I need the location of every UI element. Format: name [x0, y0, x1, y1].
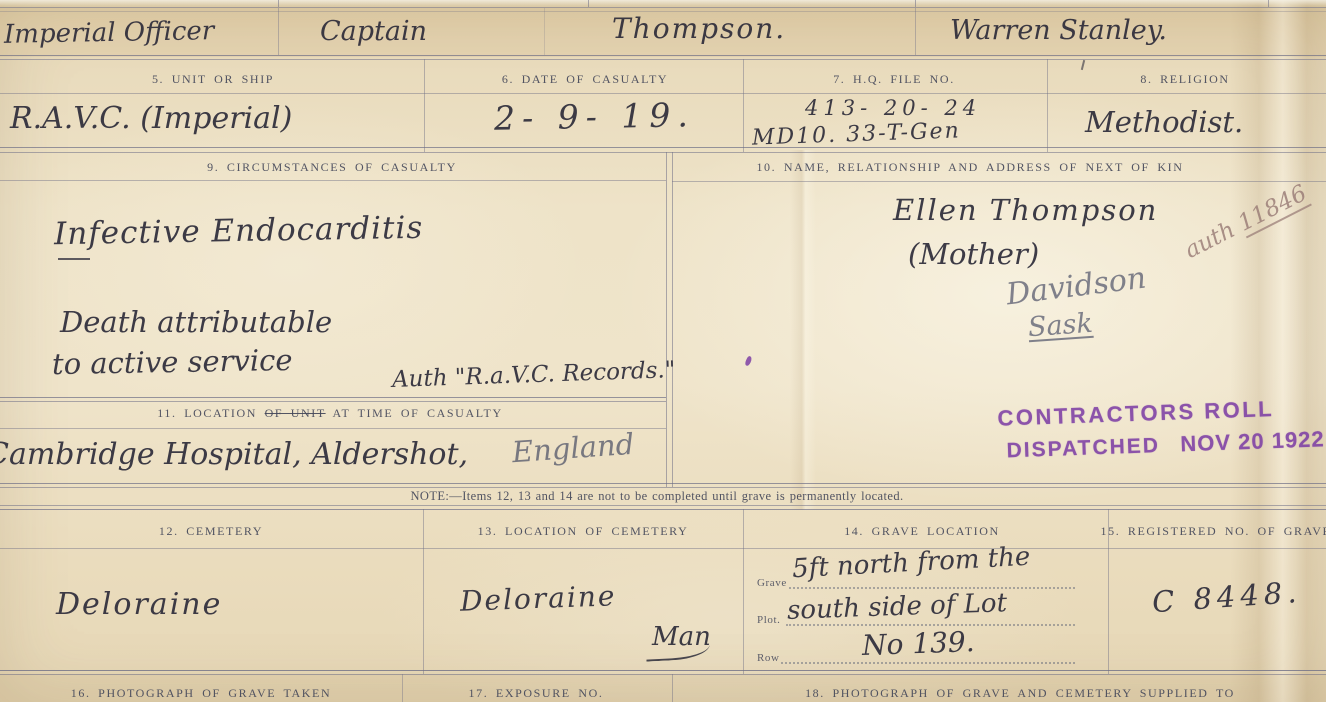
entry-grave-location-line3: No 139.: [862, 628, 976, 660]
ink-flourish: [646, 644, 711, 661]
entry-christian-names: Warren Stanley.: [950, 17, 1167, 44]
divider-h: [0, 152, 1326, 153]
divider-h: [0, 548, 1326, 549]
stamp-date: NOV 20 1922: [1180, 426, 1325, 456]
entry-circumstances-line2: Death attributable: [60, 308, 332, 337]
pencil-note-number: 11846: [1234, 180, 1312, 238]
sublabel-grave: Grave: [757, 577, 787, 589]
note-items-12-13-14: NOTE:—Items 12, 13 and 14 are not to be …: [410, 489, 903, 504]
divider-v: [1268, 0, 1269, 7]
divider-v: [588, 0, 589, 7]
entry-kin-address-line2: Sask: [1027, 310, 1094, 341]
field-label-circumstances: 9. CIRCUMSTANCES OF CASUALTY: [207, 160, 457, 175]
entry-pencil-auth-note: auth 11846: [1182, 182, 1311, 263]
divider-h: [0, 59, 1326, 60]
field-label-photo-supplied: 18. PHOTOGRAPH OF GRAVE AND CEMETERY SUP…: [805, 686, 1235, 701]
stamp-line2: DISPATCHED: [1006, 434, 1160, 462]
entry-hq-file-line2: MD10. 33-T-Gen: [752, 120, 961, 149]
divider-h: [0, 147, 1326, 148]
entry-kin-relationship: (Mother): [908, 240, 1039, 269]
divider-h: [0, 487, 1326, 488]
divider-v: [423, 509, 424, 674]
divider-h: [0, 483, 1326, 484]
entry-kin-name: Ellen Thompson: [893, 196, 1158, 225]
divider-h: [0, 180, 666, 181]
entry-status: Imperial Officer: [4, 18, 215, 48]
divider-v: [424, 59, 425, 152]
divider-v: [915, 0, 916, 7]
entry-date-of-casualty: 2- 9- 19.: [494, 98, 695, 134]
field-label-registered-no: 15. REGISTERED NO. OF GRAVE: [1101, 524, 1326, 539]
field-label-hq-file-no: 7. H.Q. FILE NO.: [833, 72, 955, 87]
entry-hq-file-line1: 413- 20- 24: [805, 98, 981, 119]
divider-h: [0, 428, 666, 429]
label-prefix: 11. LOCATION: [157, 406, 264, 420]
entry-circumstances-line3: to active service: [52, 346, 293, 379]
sublabel-row: Row: [757, 652, 780, 664]
divider-v: [743, 509, 744, 674]
divider-h: [0, 93, 1326, 94]
sublabel-plot: Plot.: [757, 614, 780, 626]
dotted-rule-row: [781, 661, 1075, 664]
divider-v: [672, 674, 673, 702]
divider-v: [1047, 59, 1048, 152]
pen-tick: [1081, 60, 1085, 70]
ink-underline: [58, 258, 90, 260]
label-struck-of-unit: OF UNIT: [265, 406, 326, 420]
entry-location-of-unit-country: England: [511, 430, 635, 467]
entry-grave-location-line1: 5ft north from the: [791, 544, 1030, 582]
divider-v: [544, 8, 545, 55]
divider-v: [278, 8, 279, 55]
field-label-religion: 8. RELIGION: [1140, 72, 1229, 87]
field-label-location-of-cemetery: 13. LOCATION OF CEMETERY: [478, 524, 689, 539]
divider-v: [278, 0, 279, 7]
entry-rank: Captain: [320, 18, 427, 45]
divider-h: [0, 674, 1326, 675]
casualty-record-card: 5. UNIT OR SHIP 6. DATE OF CASUALTY 7. H…: [0, 0, 1326, 702]
top-edge: [0, 0, 1326, 6]
field-label-location-of-unit: 11. LOCATION OF UNIT AT TIME OF CASUALTY: [157, 406, 502, 421]
entry-unit-or-ship: R.A.V.C. (Imperial): [10, 104, 292, 134]
divider-v: [666, 152, 667, 487]
field-label-date-of-casualty: 6. DATE OF CASUALTY: [502, 72, 668, 87]
divider-h: [0, 401, 666, 402]
field-label-next-of-kin: 10. NAME, RELATIONSHIP AND ADDRESS OF NE…: [756, 160, 1183, 175]
divider-h: [0, 55, 1326, 56]
divider-h: [0, 509, 1326, 510]
entry-circumstances-auth: Auth "R.a.V.C. Records.": [392, 359, 676, 392]
label-suffix: AT TIME OF CASUALTY: [326, 406, 503, 420]
pencil-note-word: auth: [1181, 217, 1240, 264]
contractors-roll-stamp: CONTRACTORS ROLL DISPATCHED NOV 20 1922: [997, 394, 1325, 463]
entry-surname: Thompson.: [612, 15, 786, 43]
field-label-cemetery: 12. CEMETERY: [159, 524, 263, 539]
field-label-grave-location: 14. GRAVE LOCATION: [844, 524, 1000, 539]
divider-v: [743, 59, 744, 152]
divider-v: [915, 8, 916, 55]
divider-h: [0, 7, 1326, 8]
divider-h: [0, 670, 1326, 671]
entry-location-of-unit: Cambridge Hospital, Aldershot,: [0, 440, 468, 470]
entry-cemetery: Deloraine: [56, 590, 222, 620]
entry-circumstances-line1: Infective Endocarditis: [54, 213, 424, 250]
divider-h: [0, 397, 666, 398]
entry-grave-location-line2: south side of Lot: [787, 590, 1008, 624]
divider-v: [672, 152, 673, 487]
divider-h: [672, 181, 1326, 182]
entry-location-of-cemetery: Deloraine: [460, 582, 617, 615]
entry-religion: Methodist.: [1085, 108, 1243, 137]
dotted-rule-grave: [789, 586, 1075, 589]
center-crease: [790, 150, 816, 510]
field-label-unit-or-ship: 5. UNIT OR SHIP: [152, 72, 274, 87]
divider-h: [0, 505, 1326, 506]
entry-registered-no: C 8448.: [1151, 578, 1302, 617]
field-label-photo-taken: 16. PHOTOGRAPH OF GRAVE TAKEN: [71, 686, 331, 701]
ink-blot: [744, 355, 753, 366]
stamp-line1: CONTRACTORS ROLL: [997, 394, 1324, 431]
field-label-exposure-no: 17. EXPOSURE NO.: [469, 686, 604, 701]
divider-v: [402, 674, 403, 702]
